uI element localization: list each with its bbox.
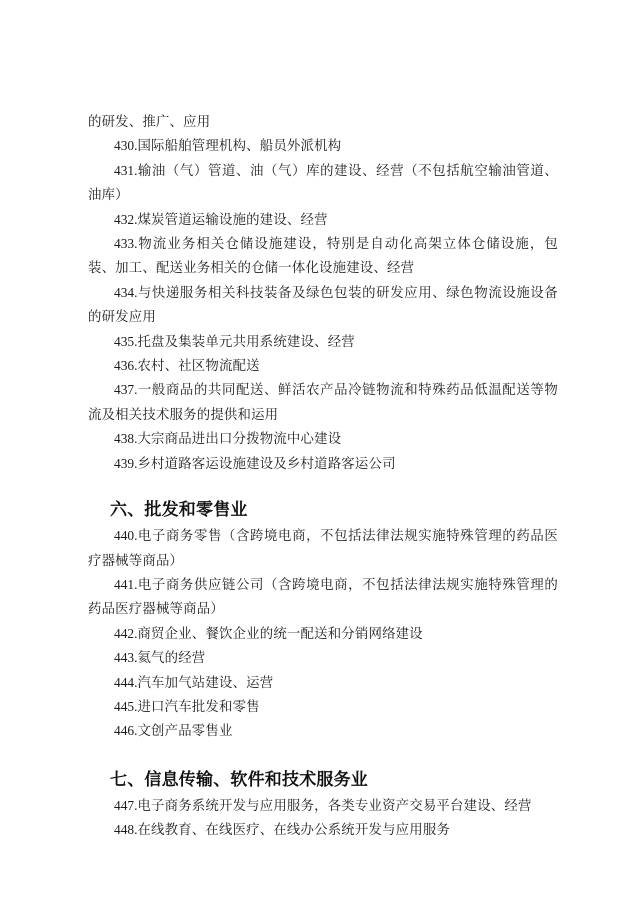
item-text: 煤炭管道运输设施的建设、经营 (137, 212, 327, 227)
item-number: 448. (114, 822, 137, 837)
continuation-text: 的研发、推广、应用 (88, 110, 558, 134)
item-text: 氦气的经营 (137, 650, 205, 665)
item-text: 文创产品零售业 (137, 723, 232, 738)
item-number: 440. (114, 528, 137, 543)
list-item-434: 434.与快递服务相关科技装备及绿色包装的研发应用、绿色物流设施设备的研发应用 (88, 281, 558, 330)
document-page: 的研发、推广、应用 430.国际船舶管理机构、船员外派机构 431.输油（气）管… (88, 110, 558, 843)
item-number: 447. (114, 798, 137, 813)
item-number: 446. (114, 723, 137, 738)
item-text: 农村、社区物流配送 (137, 358, 259, 373)
list-item-432: 432.煤炭管道运输设施的建设、经营 (88, 208, 558, 232)
list-item-433: 433.物流业务相关仓储设施建设，特别是自动化高架立体仓储设施，包装、加工、配送… (88, 232, 558, 281)
list-item-436: 436.农村、社区物流配送 (88, 354, 558, 378)
item-text: 电子商务供应链公司（含跨境电商，不包括法律法规实施特殊管理的药品医疗器械等商品） (88, 577, 558, 616)
item-number: 442. (114, 626, 137, 641)
item-number: 434. (114, 285, 137, 300)
item-text: 一般商品的共同配送、鲜活农产品冷链物流和特殊药品低温配送等物流及相关技术服务的提… (88, 382, 558, 421)
list-item-437: 437.一般商品的共同配送、鲜活农产品冷链物流和特殊药品低温配送等物流及相关技术… (88, 378, 558, 427)
list-item-445: 445.进口汽车批发和零售 (88, 695, 558, 719)
item-number: 443. (114, 650, 137, 665)
item-text: 大宗商品进出口分拨物流中心建设 (137, 431, 341, 446)
item-text: 输油（气）管道、油（气）库的建设、经营（不包括航空输油管道、油库） (88, 163, 558, 202)
item-number: 441. (114, 577, 137, 592)
item-text: 在线教育、在线医疗、在线办公系统开发与应用服务 (137, 822, 450, 837)
item-number: 432. (114, 212, 137, 227)
list-item-438: 438.大宗商品进出口分拨物流中心建设 (88, 427, 558, 451)
item-number: 438. (114, 431, 137, 446)
list-item-448: 448.在线教育、在线医疗、在线办公系统开发与应用服务 (88, 818, 558, 842)
item-text: 托盘及集装单元共用系统建设、经营 (137, 334, 354, 349)
item-number: 437. (114, 382, 137, 397)
item-text: 乡村道路客运设施建设及乡村道路客运公司 (137, 456, 395, 471)
list-item-439: 439.乡村道路客运设施建设及乡村道路客运公司 (88, 452, 558, 476)
item-text: 电子商务零售（含跨境电商，不包括法律法规实施特殊管理的药品医疗器械等商品） (88, 528, 558, 567)
list-item-435: 435.托盘及集装单元共用系统建设、经营 (88, 330, 558, 354)
item-text: 与快递服务相关科技装备及绿色包装的研发应用、绿色物流设施设备的研发应用 (88, 285, 558, 324)
item-number: 431. (114, 163, 137, 178)
item-text: 电子商务系统开发与应用服务，各类专业资产交易平台建设、经营 (137, 798, 531, 813)
item-text: 进口汽车批发和零售 (137, 699, 259, 714)
item-text: 物流业务相关仓储设施建设，特别是自动化高架立体仓储设施，包装、加工、配送业务相关… (88, 236, 558, 275)
item-number: 436. (114, 358, 137, 373)
item-number: 435. (114, 334, 137, 349)
list-item-442: 442.商贸企业、餐饮企业的统一配送和分销网络建设 (88, 622, 558, 646)
item-number: 430. (114, 138, 137, 153)
list-item-447: 447.电子商务系统开发与应用服务，各类专业资产交易平台建设、经营 (88, 794, 558, 818)
list-item-441: 441.电子商务供应链公司（含跨境电商，不包括法律法规实施特殊管理的药品医疗器械… (88, 573, 558, 622)
item-text: 国际船舶管理机构、船员外派机构 (137, 138, 341, 153)
list-item-431: 431.输油（气）管道、油（气）库的建设、经营（不包括航空输油管道、油库） (88, 159, 558, 208)
item-number: 444. (114, 675, 137, 690)
item-text: 汽车加气站建设、运营 (137, 675, 273, 690)
item-number: 439. (114, 456, 137, 471)
list-item-446: 446.文创产品零售业 (88, 719, 558, 743)
item-number: 433. (114, 236, 137, 251)
item-text: 商贸企业、餐饮企业的统一配送和分销网络建设 (137, 626, 422, 641)
list-item-444: 444.汽车加气站建设、运营 (88, 671, 558, 695)
list-item-440: 440.电子商务零售（含跨境电商，不包括法律法规实施特殊管理的药品医疗器械等商品… (88, 524, 558, 573)
item-number: 445. (114, 699, 137, 714)
section-heading-wholesale-retail: 六、批发和零售业 (88, 498, 558, 522)
section-heading-it-software-services: 七、信息传输、软件和技术服务业 (88, 768, 558, 792)
list-item-430: 430.国际船舶管理机构、船员外派机构 (88, 134, 558, 158)
list-item-443: 443.氦气的经营 (88, 646, 558, 670)
